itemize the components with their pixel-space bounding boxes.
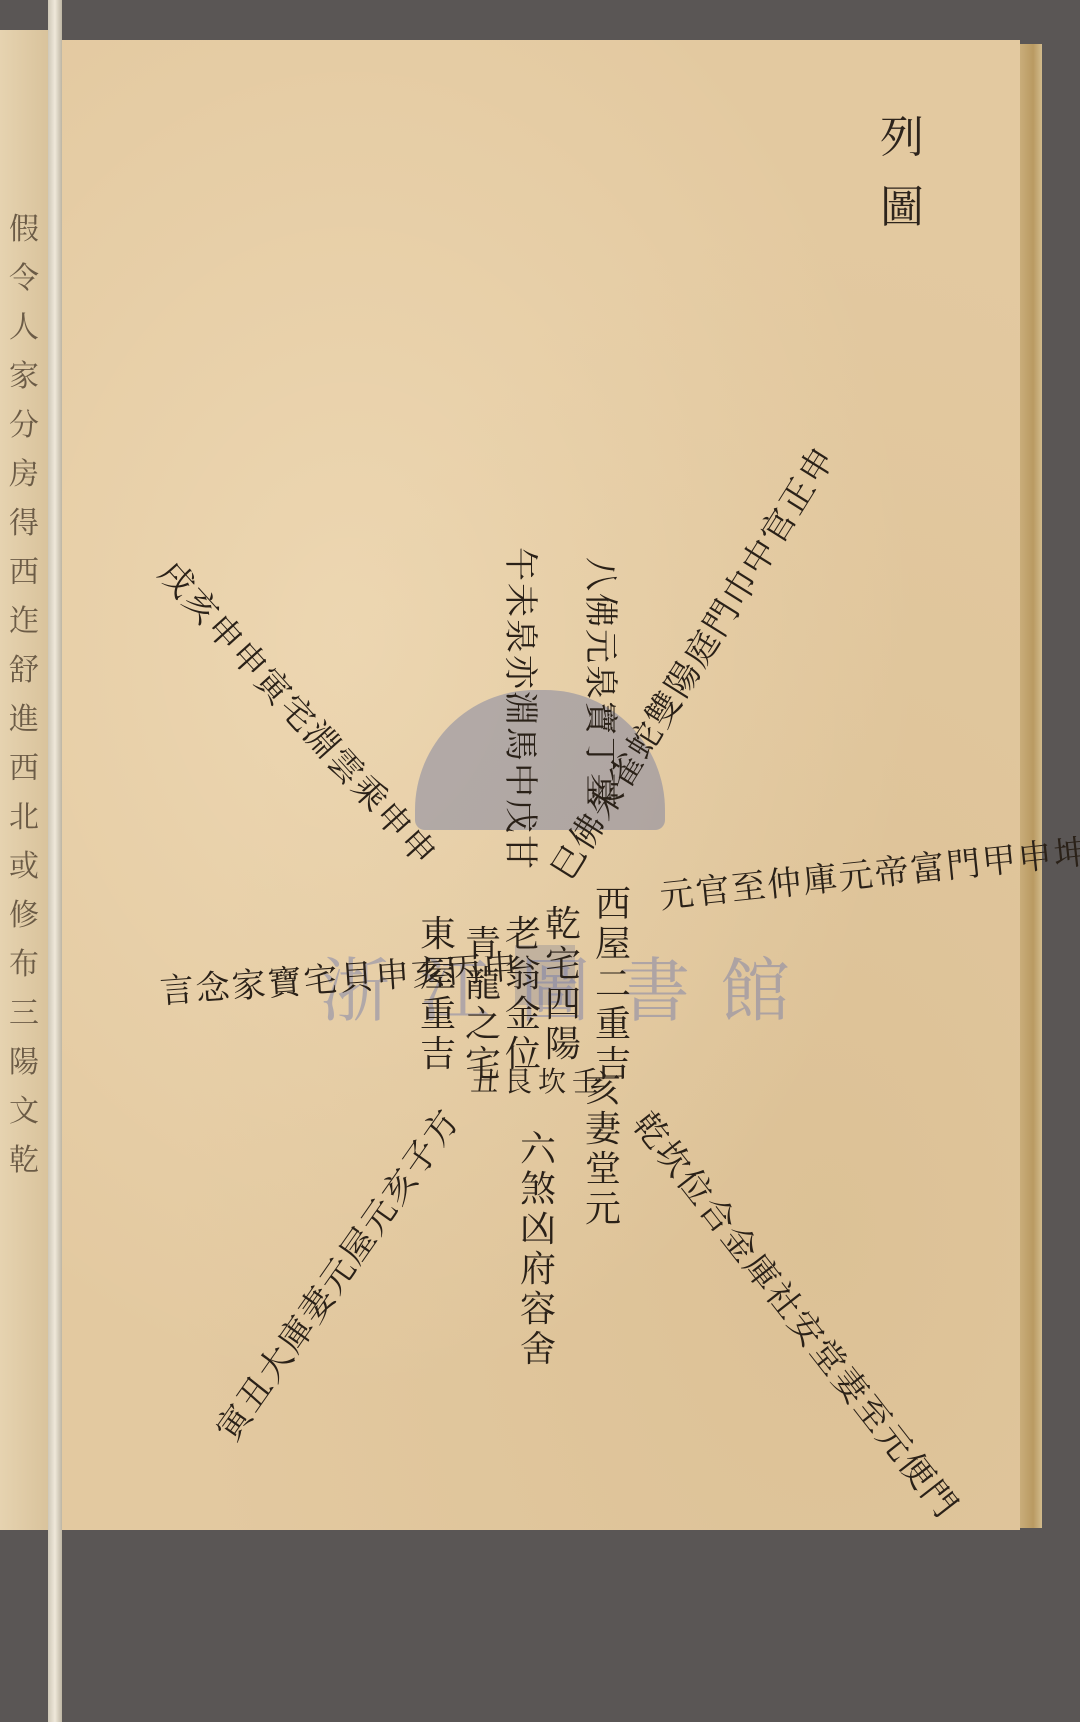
- char: 老: [505, 915, 541, 955]
- char: 屋: [420, 955, 456, 995]
- center-column-5: 西 屋 二 重 吉: [595, 885, 631, 1085]
- char: 坎: [538, 1065, 566, 1099]
- page-stack-edge: [1020, 44, 1042, 1528]
- left-char: 家: [9, 362, 39, 392]
- char: 六: [520, 1130, 556, 1170]
- char: 丑: [470, 1065, 498, 1099]
- ring-small-chars: 丑 艮 坎 壬: [470, 1065, 600, 1099]
- char: 東: [420, 915, 456, 955]
- char: 艮: [504, 1065, 532, 1099]
- char: 妻: [585, 1110, 621, 1150]
- char: 亥: [585, 1070, 621, 1110]
- char: 元: [585, 1190, 621, 1230]
- left-char: 三: [9, 999, 39, 1029]
- left-char: 布: [9, 950, 39, 980]
- left-char: 舒: [9, 656, 39, 686]
- char: 凶: [520, 1210, 556, 1250]
- center-column-1: 乾 宅 四 陽: [545, 905, 581, 1065]
- title-char: 圖: [880, 185, 924, 231]
- left-char: 北: [9, 803, 39, 833]
- char: 吉: [420, 1035, 456, 1075]
- southeast-column: 亥 妻 堂 元: [585, 1070, 621, 1230]
- char: 煞: [520, 1170, 556, 1210]
- center-column-4: 東 屋 重 吉: [420, 915, 456, 1075]
- char: 四: [545, 985, 581, 1025]
- char: 容: [520, 1290, 556, 1330]
- char: 青: [465, 925, 501, 965]
- center-column-2: 老 翁 金 位: [505, 915, 541, 1075]
- char: 舍: [520, 1330, 556, 1370]
- char: 重: [420, 995, 456, 1035]
- left-char: 迮: [9, 607, 39, 637]
- char: 陽: [545, 1025, 581, 1065]
- char: 重: [595, 1005, 631, 1045]
- arm-north-a: 午未泉亦淵馬中戊甘: [503, 547, 537, 871]
- left-page-text-column: 假 令 人 家 分 房 得 西 迮 舒 進 西 北 或 修 布 三 陽 文 乾: [4, 215, 44, 1176]
- left-char: 房: [9, 460, 39, 490]
- char: 堂: [585, 1150, 621, 1190]
- south-column: 六 煞 凶 府 容 舍: [520, 1130, 556, 1370]
- title-char: 列: [880, 115, 924, 161]
- book-gutter: [48, 0, 62, 1722]
- left-char: 得: [9, 509, 39, 539]
- left-char: 西: [9, 558, 39, 588]
- left-char: 分: [9, 411, 39, 441]
- left-char: 修: [9, 901, 39, 931]
- left-char: 文: [9, 1097, 39, 1127]
- char: 二: [595, 965, 631, 1005]
- char: 金: [505, 995, 541, 1035]
- left-char: 人: [9, 313, 39, 343]
- center-column-3: 青 龍 之 宅: [465, 925, 501, 1085]
- char: 乾: [545, 905, 581, 945]
- char: 屋: [595, 925, 631, 965]
- char: 府: [520, 1250, 556, 1290]
- char: 龍: [465, 965, 501, 1005]
- char: 宅: [545, 945, 581, 985]
- left-char: 西: [9, 754, 39, 784]
- arm-north-b: 八佛元泉寶丁墓: [583, 557, 617, 809]
- page-title: 列 圖: [880, 115, 924, 231]
- left-char: 陽: [9, 1048, 39, 1078]
- left-char: 假: [9, 215, 39, 245]
- char: 西: [595, 885, 631, 925]
- left-char: 令: [9, 264, 39, 294]
- left-char: 乾: [9, 1146, 39, 1176]
- char: 翁: [505, 955, 541, 995]
- char: 之: [465, 1005, 501, 1045]
- left-page: 假 令 人 家 分 房 得 西 迮 舒 進 西 北 或 修 布 三 陽 文 乾: [0, 30, 50, 1530]
- left-char: 或: [9, 852, 39, 882]
- left-char: 進: [9, 705, 39, 735]
